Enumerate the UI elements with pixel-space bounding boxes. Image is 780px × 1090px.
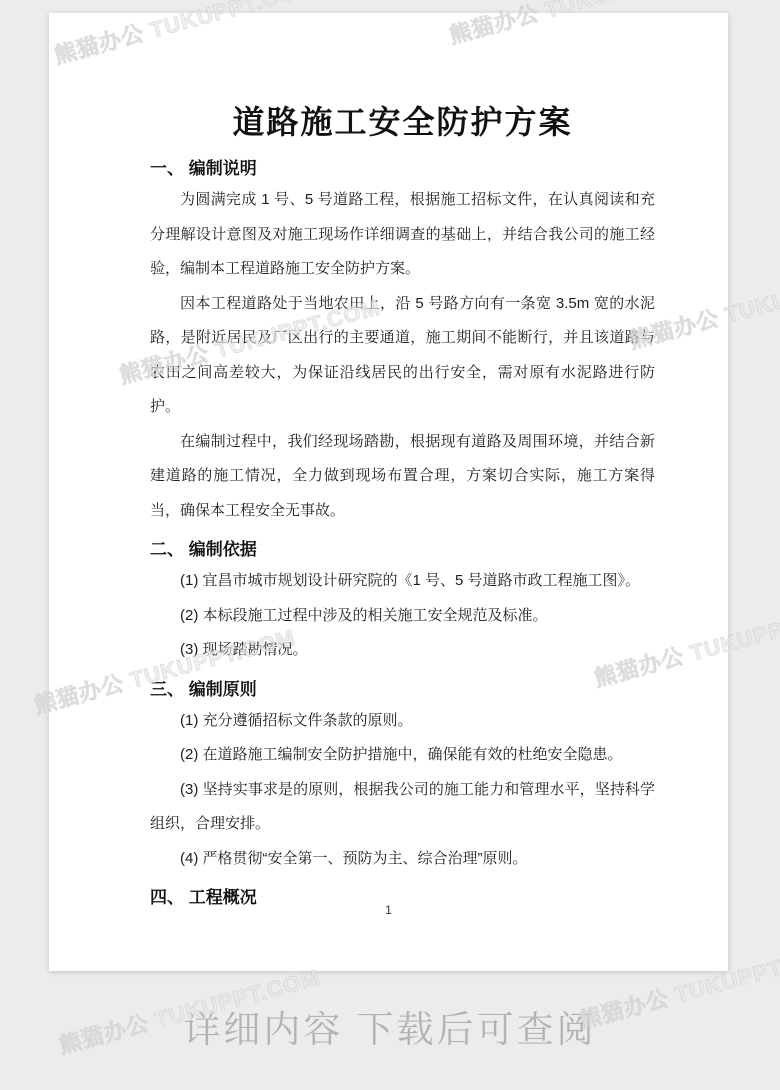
download-notice: 详细内容 下载后可查阅: [0, 1008, 780, 1052]
paragraph: 因本工程道路处于当地农田上，沿 5 号路方向有一条宽 3.5m 宽的水泥路，是附…: [150, 287, 655, 425]
list-item: (4) 严格贯彻“安全第一、预防为主、综合治理”原则。: [150, 842, 655, 877]
section-heading-compilation-basis: 二、 编制依据: [150, 538, 655, 562]
list-item: (1) 宜昌市城市规划设计研究院的《1 号、5 号道路市政工程施工图》。: [150, 564, 655, 599]
document-page: 道路施工安全防护方案 一、 编制说明 为圆满完成 1 号、5 号道路工程，根据施…: [49, 13, 728, 971]
document-title: 道路施工安全防护方案: [150, 101, 655, 143]
list-item: (2) 在道路施工编制安全防护措施中，确保能有效的杜绝安全隐患。: [150, 738, 655, 773]
page-number: 1: [49, 903, 728, 917]
section-heading-compilation-notes: 一、 编制说明: [150, 157, 655, 181]
list-item: (2) 本标段施工过程中涉及的相关施工安全规范及标准。: [150, 599, 655, 634]
paragraph: 在编制过程中，我们经现场踏勘，根据现有道路及周围环境，并结合新建道路的施工情况，…: [150, 425, 655, 529]
paragraph: 为圆满完成 1 号、5 号道路工程，根据施工招标文件，在认真阅读和充分理解设计意…: [150, 183, 655, 287]
list-item: (1) 充分遵循招标文件条款的原则。: [150, 704, 655, 739]
list-item: (3) 现场踏勘情况。: [150, 633, 655, 668]
list-item: (3) 坚持实事求是的原则，根据我公司的施工能力和管理水平，坚持科学组织，合理安…: [150, 773, 655, 842]
page-content: 道路施工安全防护方案 一、 编制说明 为圆满完成 1 号、5 号道路工程，根据施…: [49, 101, 728, 910]
document-preview-canvas: 熊猫办公 TUKUPPT.COM 熊猫办公 TUKUPPT.COM 熊猫办公 T…: [0, 0, 780, 1090]
section-heading-compilation-principles: 三、 编制原则: [150, 678, 655, 702]
